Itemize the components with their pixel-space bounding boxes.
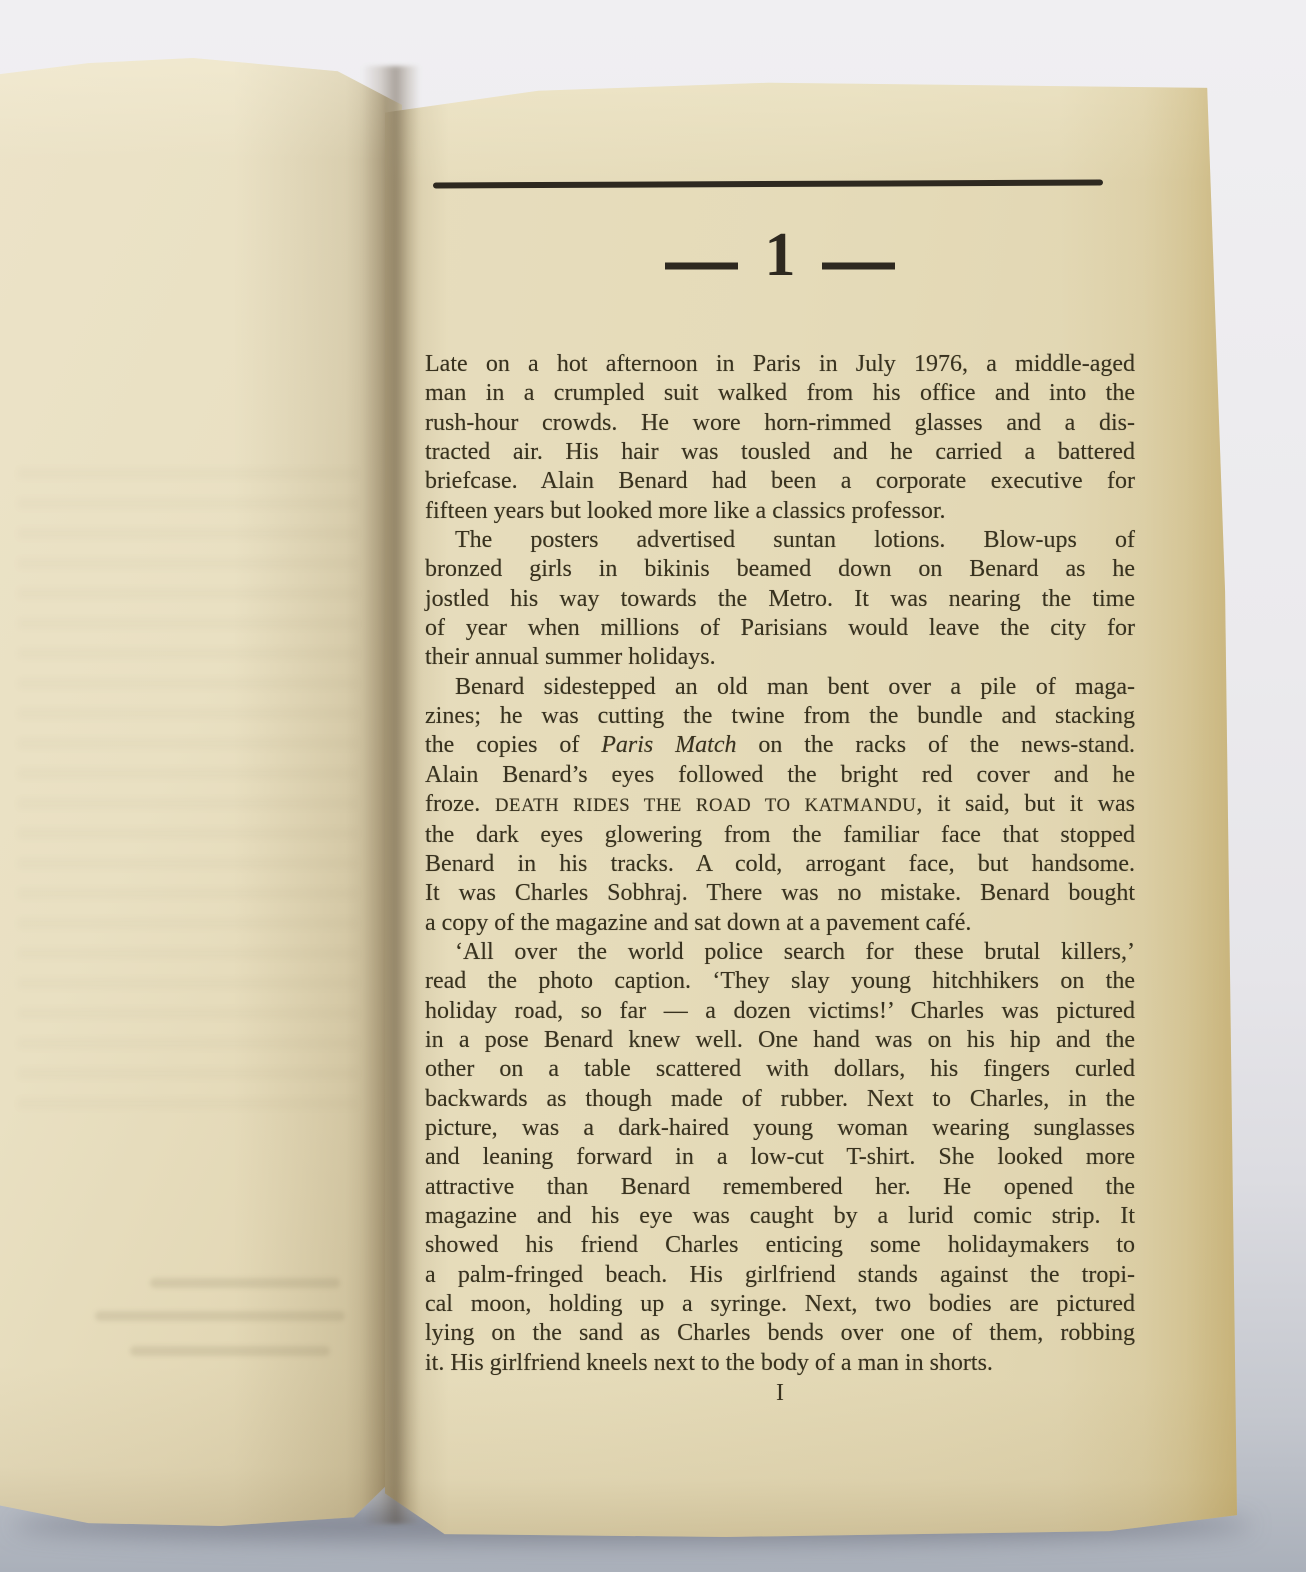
text-line: zines; he was cutting the twine from the… <box>425 702 1135 731</box>
chapter-number: 1 <box>765 220 796 290</box>
page-number: I <box>425 1380 1135 1407</box>
blank-left-page <box>0 58 402 1526</box>
text-line: tracted air. His hair was tousled and he… <box>425 438 1135 467</box>
text-line: fifteen years but looked more like a cla… <box>425 497 1135 526</box>
text-line: bronzed girls in bikinis beamed down on … <box>425 555 1135 584</box>
text-line: Benard in his tracks. A cold, arrogant f… <box>425 850 1135 879</box>
showthrough-smudge <box>95 1311 345 1321</box>
text-line: attractive than Benard remembered her. H… <box>425 1173 1135 1202</box>
text-line: Late on a hot afternoon in Paris in July… <box>425 350 1135 379</box>
text-line: Alain Benard’s eyes followed the bright … <box>425 761 1135 790</box>
page-showthrough <box>18 468 358 1128</box>
text-line: their annual summer holidays. <box>425 643 1135 672</box>
text-line: man in a crumpled suit walked from his o… <box>425 379 1135 408</box>
text-line: it. His girlfriend kneels next to the bo… <box>425 1349 1135 1378</box>
text-line: ‘All over the world police search for th… <box>425 938 1135 967</box>
text-line: of year when millions of Parisians would… <box>425 614 1135 643</box>
text-line: lying on the sand as Charles bends over … <box>425 1319 1135 1348</box>
text-page: — 1 — Late on a hot afternoon in Paris i… <box>385 82 1237 1537</box>
body-text: Late on a hot afternoon in Paris in July… <box>425 350 1135 1378</box>
showthrough-smudge <box>130 1346 330 1356</box>
chapter-rule <box>433 180 1103 189</box>
text-line: froze. DEATH RIDES THE ROAD TO KATMANDU,… <box>425 790 1135 820</box>
text-line: Benard sidestepped an old man bent over … <box>425 673 1135 702</box>
showthrough-smudge <box>150 1278 340 1288</box>
text-line: magazine and his eye was caught by a lur… <box>425 1202 1135 1231</box>
text-line: jostled his way towards the Metro. It wa… <box>425 585 1135 614</box>
text-line: rush-hour crowds. He wore horn-rimmed gl… <box>425 409 1135 438</box>
text-line: cal moon, holding up a syringe. Next, tw… <box>425 1290 1135 1319</box>
text-line: It was Charles Sobhraj. There was no mis… <box>425 879 1135 908</box>
photo-background: — 1 — Late on a hot afternoon in Paris i… <box>0 0 1306 1572</box>
text-line: the dark eyes glowering from the familia… <box>425 821 1135 850</box>
text-line: holiday road, so far — a dozen victims!’… <box>425 997 1135 1026</box>
text-line: picture, was a dark-haired young woman w… <box>425 1114 1135 1143</box>
text-line: the copies of Paris Match on the racks o… <box>425 731 1135 760</box>
text-line: and leaning forward in a low-cut T-shirt… <box>425 1143 1135 1172</box>
text-line: briefcase. Alain Benard had been a corpo… <box>425 467 1135 496</box>
text-line: showed his friend Charles enticing some … <box>425 1231 1135 1260</box>
text-line: in a pose Benard knew well. One hand was… <box>425 1026 1135 1055</box>
gutter-shadow <box>362 66 420 1524</box>
text-line: a palm-fringed beach. His girlfriend sta… <box>425 1261 1135 1290</box>
text-line: a copy of the magazine and sat down at a… <box>425 909 1135 938</box>
text-line: read the photo caption. ‘They slay young… <box>425 967 1135 996</box>
text-line: other on a table scattered with dollars,… <box>425 1055 1135 1084</box>
text-line: backwards as though made of rubber. Next… <box>425 1085 1135 1114</box>
chapter-heading: — 1 — <box>425 218 1135 292</box>
text-line: The posters advertised suntan lotions. B… <box>425 526 1135 555</box>
